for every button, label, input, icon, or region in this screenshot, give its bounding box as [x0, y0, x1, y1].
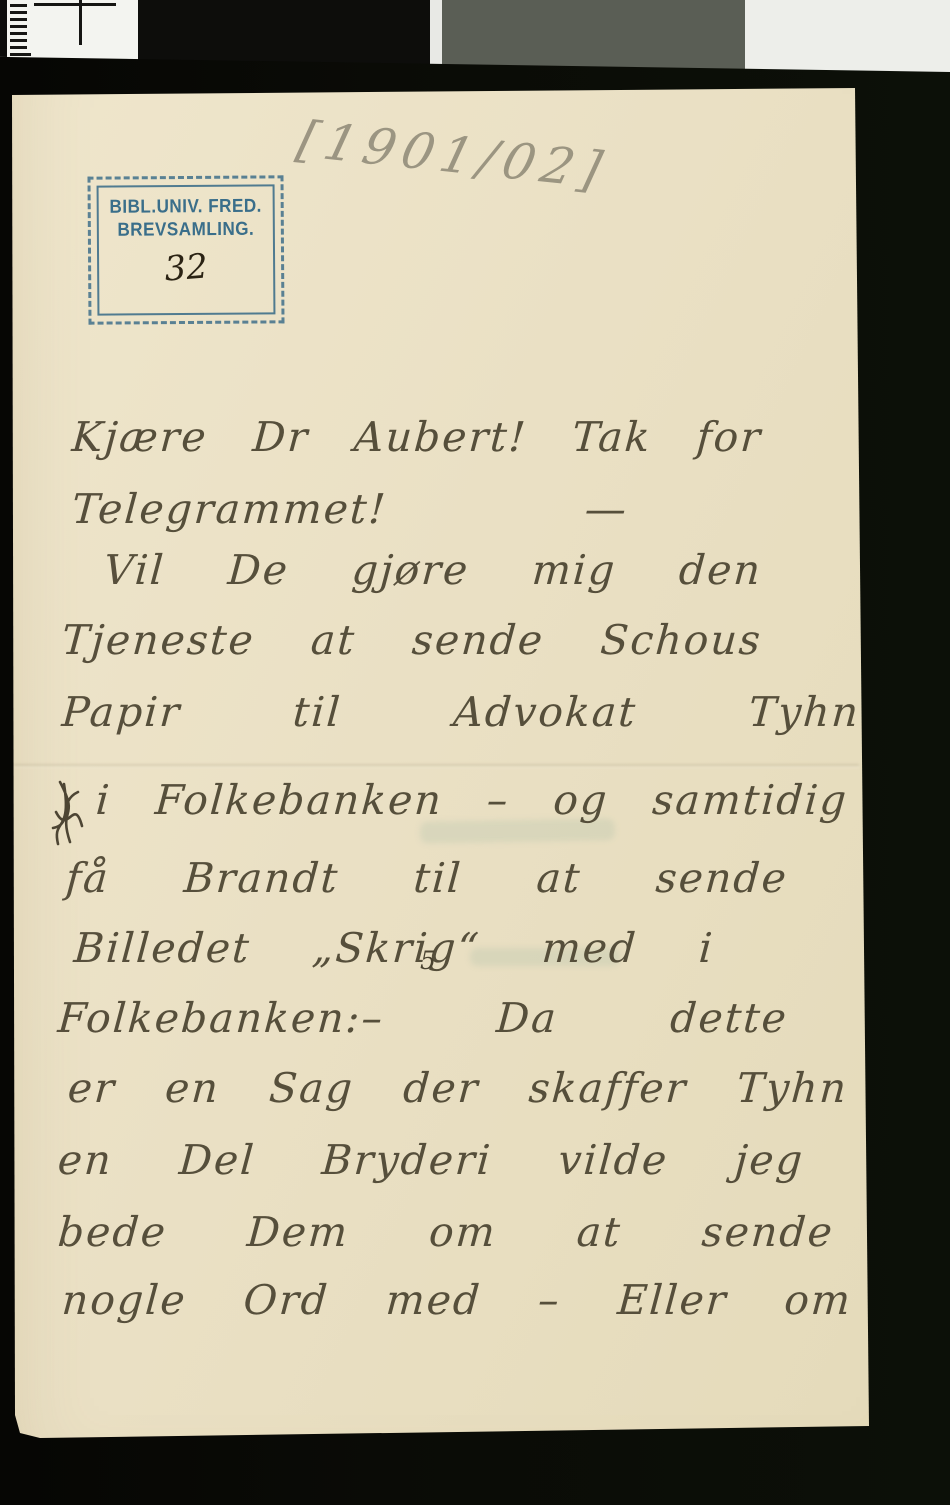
- scanned-letter-photo: BIBL.UNIV. FRED. BREVSAMLING. 32 [1901/0…: [0, 0, 950, 1505]
- library-stamp: BIBL.UNIV. FRED. BREVSAMLING. 32: [87, 175, 284, 324]
- crossed-out-ink-scribble: [48, 776, 92, 850]
- handwriting-insertion-mark: 5: [420, 946, 436, 975]
- pencil-date-annotation: [1901/02]: [292, 110, 614, 199]
- calibration-patch-white: [745, 0, 950, 72]
- registration-crosshair-icon: [0, 0, 138, 72]
- calibration-patch-divider: [430, 0, 442, 72]
- handwriting-line: en Del Bryderi vilde jeg: [56, 1138, 805, 1183]
- calibration-patch-black: [138, 0, 430, 72]
- stamp-text-line1: BIBL.UNIV. FRED.: [103, 195, 268, 218]
- handwriting-line: Papir til Advokat Tyhn: [60, 690, 861, 735]
- handwriting-line: bede Dem om at sende: [56, 1210, 835, 1255]
- library-stamp-inner-border: BIBL.UNIV. FRED. BREVSAMLING. 32: [97, 184, 276, 315]
- calibration-ruler: [0, 0, 138, 72]
- stamp-archive-number: 32: [98, 241, 275, 294]
- handwriting-line: i Folkebanken – og samtidig: [94, 778, 849, 823]
- handwriting-line: Tjeneste at sende Schous: [60, 618, 763, 663]
- handwriting-line: få Brandt til at sende: [64, 856, 789, 901]
- handwriting-line: er en Sag der skaffer Tyhn: [66, 1066, 849, 1111]
- calibration-patch-gray: [442, 0, 745, 72]
- fold-crease: [14, 764, 859, 768]
- handwriting-line: Telegrammet! —: [70, 487, 629, 532]
- calibration-strip: [0, 0, 950, 72]
- handwriting-line: Billedet „Skrig“ med i: [72, 926, 715, 971]
- handwriting-line: Folkebanken:– Da dette: [56, 996, 789, 1041]
- letter-page: BIBL.UNIV. FRED. BREVSAMLING. 32 [1901/0…: [0, 0, 950, 1505]
- handwriting-line: nogle Ord med – Eller om: [60, 1278, 853, 1323]
- handwriting-line: Kjære Dr Aubert! Tak for: [70, 415, 763, 460]
- handwriting-line: Vil De gjøre mig den: [102, 548, 763, 593]
- stamp-text-line2: BREVSAMLING.: [103, 218, 268, 241]
